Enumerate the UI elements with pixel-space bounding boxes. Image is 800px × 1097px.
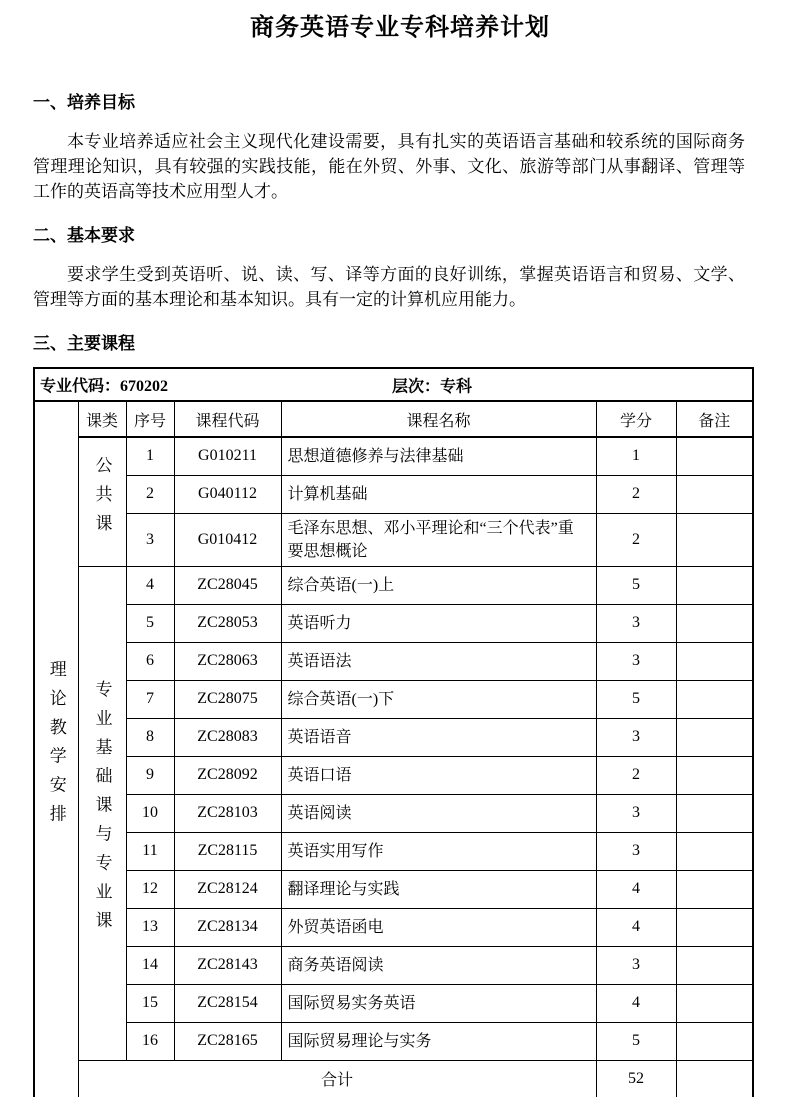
- course-credits: 3: [596, 946, 676, 984]
- theory-teaching-label-cell: 理论教学安排: [34, 401, 78, 1097]
- total-credits: 52: [596, 1060, 676, 1097]
- course-code: ZC28115: [174, 832, 281, 870]
- course-row: 12ZC28124翻译理论与实践4: [34, 870, 753, 908]
- course-code: ZC28154: [174, 984, 281, 1022]
- course-note: [676, 604, 753, 642]
- course-note: [676, 513, 753, 566]
- course-number: 5: [126, 604, 174, 642]
- column-header-number: 序号: [126, 401, 174, 437]
- course-credits: 2: [596, 756, 676, 794]
- course-name: 英语语法: [281, 642, 596, 680]
- course-row: 10ZC28103英语阅读3: [34, 794, 753, 832]
- course-number: 6: [126, 642, 174, 680]
- course-note: [676, 908, 753, 946]
- course-note: [676, 475, 753, 513]
- course-row: 6ZC28063英语语法3: [34, 642, 753, 680]
- course-name: 毛泽东思想、邓小平理论和“三个代表”重要思想概论: [281, 513, 596, 566]
- total-note: [676, 1060, 753, 1097]
- course-note: [676, 984, 753, 1022]
- course-note: [676, 566, 753, 604]
- document-page: 商务英语专业专科培养计划 一、培养目标 本专业培养适应社会主义现代化建设需要，具…: [0, 12, 800, 1097]
- course-row: 公共课1G010211思想道德修养与法律基础1: [34, 437, 753, 475]
- course-number: 9: [126, 756, 174, 794]
- course-code: ZC28124: [174, 870, 281, 908]
- course-number: 10: [126, 794, 174, 832]
- course-number: 2: [126, 475, 174, 513]
- course-name: 商务英语阅读: [281, 946, 596, 984]
- course-credits: 3: [596, 794, 676, 832]
- course-row: 5ZC28053英语听力3: [34, 604, 753, 642]
- course-credits: 3: [596, 604, 676, 642]
- course-credits: 1: [596, 437, 676, 475]
- course-name: 英语口语: [281, 756, 596, 794]
- course-number: 8: [126, 718, 174, 756]
- course-number: 3: [126, 513, 174, 566]
- section-heading-requirements: 二、基本要求: [33, 225, 767, 247]
- course-table-body: 专业代码：670202 层次：专科 理论教学安排 课类 序号 课程代码 课程名称…: [34, 368, 753, 1097]
- course-credits: 2: [596, 475, 676, 513]
- course-note: [676, 642, 753, 680]
- column-header-course-code: 课程代码: [174, 401, 281, 437]
- column-header-category: 课类: [78, 401, 126, 437]
- course-code: G040112: [174, 475, 281, 513]
- course-name: 外贸英语函电: [281, 908, 596, 946]
- course-row: 15ZC28154国际贸易实务英语4: [34, 984, 753, 1022]
- table-header-row: 理论教学安排 课类 序号 课程代码 课程名称 学分 备注: [34, 401, 753, 437]
- course-name: 翻译理论与实践: [281, 870, 596, 908]
- column-header-note: 备注: [676, 401, 753, 437]
- section-body-objectives: 本专业培养适应社会主义现代化建设需要，具有扎实的英语语言基础和较系统的国际商务管…: [33, 129, 745, 204]
- course-row: 16ZC28165国际贸易理论与实务5: [34, 1022, 753, 1060]
- course-row: 7ZC28075综合英语(一)下5: [34, 680, 753, 718]
- course-number: 11: [126, 832, 174, 870]
- course-number: 1: [126, 437, 174, 475]
- total-label: 合计: [78, 1060, 596, 1097]
- course-note: [676, 718, 753, 756]
- column-header-course-name: 课程名称: [281, 401, 596, 437]
- course-code: ZC28092: [174, 756, 281, 794]
- course-number: 12: [126, 870, 174, 908]
- section-body-requirements: 要求学生受到英语听、说、读、写、译等方面的良好训练，掌握英语语言和贸易、文学、管…: [33, 262, 745, 312]
- course-credits: 4: [596, 870, 676, 908]
- course-code: G010412: [174, 513, 281, 566]
- course-row: 14ZC28143商务英语阅读3: [34, 946, 753, 984]
- course-category-label: 专业基础课与专业课: [94, 680, 111, 940]
- course-note: [676, 1022, 753, 1060]
- course-code: ZC28165: [174, 1022, 281, 1060]
- course-credits: 5: [596, 566, 676, 604]
- course-note: [676, 832, 753, 870]
- course-name: 综合英语(一)上: [281, 566, 596, 604]
- course-code: G010211: [174, 437, 281, 475]
- course-name: 思想道德修养与法律基础: [281, 437, 596, 475]
- course-number: 16: [126, 1022, 174, 1060]
- course-credits: 2: [596, 513, 676, 566]
- course-name: 国际贸易理论与实务: [281, 1022, 596, 1060]
- course-credits: 3: [596, 832, 676, 870]
- course-note: [676, 870, 753, 908]
- course-name: 英语实用写作: [281, 832, 596, 870]
- course-table: 专业代码：670202 层次：专科 理论教学安排 课类 序号 课程代码 课程名称…: [33, 367, 754, 1097]
- course-code: ZC28143: [174, 946, 281, 984]
- total-row: 合计 52: [34, 1060, 753, 1097]
- course-code: ZC28103: [174, 794, 281, 832]
- course-note: [676, 437, 753, 475]
- course-number: 7: [126, 680, 174, 718]
- course-name: 综合英语(一)下: [281, 680, 596, 718]
- course-note: [676, 794, 753, 832]
- course-code: ZC28075: [174, 680, 281, 718]
- course-row: 8ZC28083英语语音3: [34, 718, 753, 756]
- column-header-credits: 学分: [596, 401, 676, 437]
- course-code: ZC28045: [174, 566, 281, 604]
- course-note: [676, 946, 753, 984]
- section-heading-objectives: 一、培养目标: [33, 92, 767, 114]
- course-code: ZC28134: [174, 908, 281, 946]
- course-number: 15: [126, 984, 174, 1022]
- course-credits: 5: [596, 680, 676, 718]
- course-row: 11ZC28115英语实用写作3: [34, 832, 753, 870]
- course-name: 英语阅读: [281, 794, 596, 832]
- course-credits: 5: [596, 1022, 676, 1060]
- course-credits: 4: [596, 984, 676, 1022]
- course-code: ZC28083: [174, 718, 281, 756]
- course-credits: 3: [596, 642, 676, 680]
- course-row: 13ZC28134外贸英语函电4: [34, 908, 753, 946]
- theory-teaching-label: 理论教学安排: [48, 660, 65, 833]
- course-row: 专业基础课与专业课4ZC28045综合英语(一)上5: [34, 566, 753, 604]
- course-number: 4: [126, 566, 174, 604]
- course-credits: 3: [596, 718, 676, 756]
- course-row: 3G010412毛泽东思想、邓小平理论和“三个代表”重要思想概论2: [34, 513, 753, 566]
- course-name: 英语听力: [281, 604, 596, 642]
- course-category-label: 公共课: [94, 456, 111, 543]
- course-name: 国际贸易实务英语: [281, 984, 596, 1022]
- course-number: 13: [126, 908, 174, 946]
- course-row: 2G040112计算机基础2: [34, 475, 753, 513]
- course-row: 9ZC28092英语口语2: [34, 756, 753, 794]
- course-category-cell: 专业基础课与专业课: [78, 566, 126, 1060]
- meta-cell: 专业代码：670202 层次：专科: [34, 368, 753, 401]
- major-code: 专业代码：670202: [40, 378, 168, 395]
- document-title: 商务英语专业专科培养计划: [33, 12, 767, 44]
- section-heading-courses: 三、主要课程: [33, 333, 767, 355]
- course-category-cell: 公共课: [78, 437, 126, 566]
- course-code: ZC28053: [174, 604, 281, 642]
- course-code: ZC28063: [174, 642, 281, 680]
- course-note: [676, 756, 753, 794]
- program-level: 层次：专科: [392, 373, 472, 396]
- course-number: 14: [126, 946, 174, 984]
- course-name: 英语语音: [281, 718, 596, 756]
- course-note: [676, 680, 753, 718]
- course-credits: 4: [596, 908, 676, 946]
- course-name: 计算机基础: [281, 475, 596, 513]
- table-meta-row: 专业代码：670202 层次：专科: [34, 368, 753, 401]
